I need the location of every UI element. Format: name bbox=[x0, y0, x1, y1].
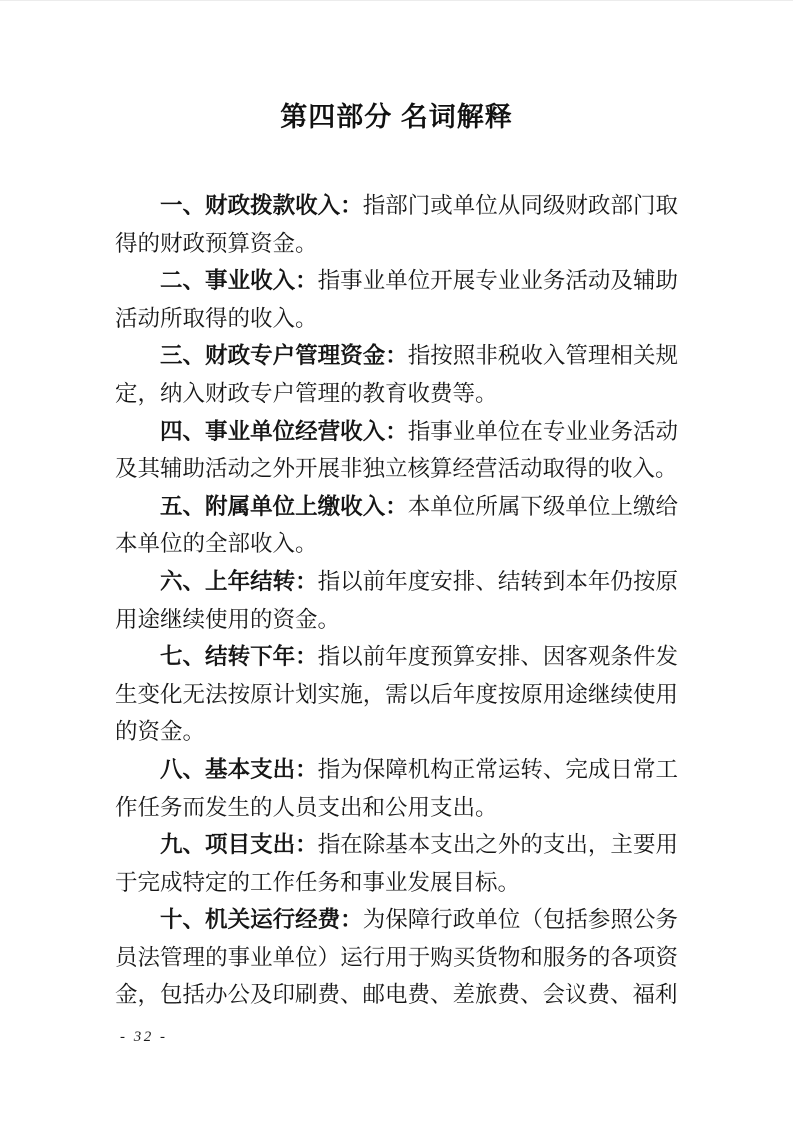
page-number: - 32 - bbox=[120, 1029, 168, 1046]
glossary-term: 七、结转下年： bbox=[160, 644, 318, 669]
page-title: 第四部分 名词解释 bbox=[0, 1, 793, 134]
glossary-paragraph: 三、财政专户管理资金：指按照非税收入管理相关规定，纳入财政专户管理的教育收费等。 bbox=[115, 337, 678, 412]
glossary-paragraph: 十、机关运行经费：为保障行政单位（包括参照公务员法管理的事业单位）运行用于购买货… bbox=[115, 901, 678, 1014]
glossary-paragraph: 七、结转下年：指以前年度预算安排、因客观条件发生变化无法按原计划实施，需以后年度… bbox=[115, 638, 678, 751]
glossary-term: 八、基本支出： bbox=[160, 757, 318, 782]
glossary-term: 六、上年结转： bbox=[160, 569, 318, 594]
glossary-body: 一、财政拨款收入：指部门或单位从同级财政部门取得的财政预算资金。二、事业收入：指… bbox=[115, 187, 678, 1014]
glossary-paragraph: 八、基本支出：指为保障机构正常运转、完成日常工作任务而发生的人员支出和公用支出。 bbox=[115, 751, 678, 826]
document-page: 第四部分 名词解释 一、财政拨款收入：指部门或单位从同级财政部门取得的财政预算资… bbox=[0, 0, 793, 1122]
glossary-term: 九、项目支出： bbox=[160, 832, 318, 857]
glossary-paragraph: 六、上年结转：指以前年度安排、结转到本年仍按原用途继续使用的资金。 bbox=[115, 563, 678, 638]
glossary-paragraph: 九、项目支出：指在除基本支出之外的支出，主要用于完成特定的工作任务和事业发展目标… bbox=[115, 826, 678, 901]
glossary-term: 五、附属单位上缴收入： bbox=[160, 494, 408, 519]
glossary-paragraph: 一、财政拨款收入：指部门或单位从同级财政部门取得的财政预算资金。 bbox=[115, 187, 678, 262]
glossary-term: 三、财政专户管理资金： bbox=[160, 343, 408, 368]
glossary-paragraph: 二、事业收入：指事业单位开展专业业务活动及辅助活动所取得的收入。 bbox=[115, 262, 678, 337]
glossary-term: 二、事业收入： bbox=[160, 268, 318, 293]
glossary-paragraph: 五、附属单位上缴收入：本单位所属下级单位上缴给本单位的全部收入。 bbox=[115, 488, 678, 563]
glossary-paragraph: 四、事业单位经营收入：指事业单位在专业业务活动及其辅助活动之外开展非独立核算经营… bbox=[115, 413, 678, 488]
glossary-term: 四、事业单位经营收入： bbox=[160, 419, 408, 444]
glossary-term: 十、机关运行经费： bbox=[160, 907, 363, 932]
glossary-term: 一、财政拨款收入： bbox=[160, 193, 363, 218]
